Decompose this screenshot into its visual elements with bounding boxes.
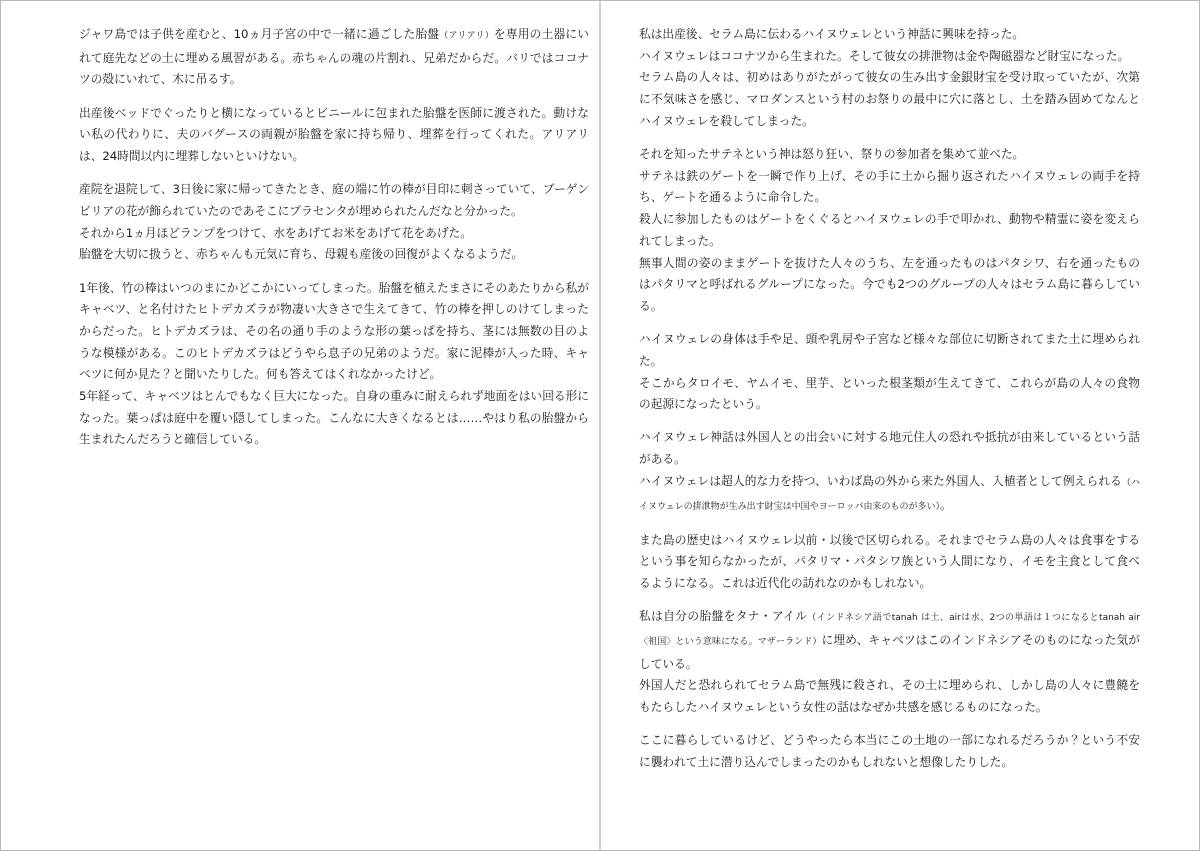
text-run: ハイヌウェレ神話は外国人との出会いに対する地元住人の恐れや抵抗が由来しているとい… xyxy=(639,430,1140,466)
paragraph: 1年後、竹の棒はいつのまにかどこかにいってしまった。胎盤を植えたまさにそのあたり… xyxy=(79,278,589,452)
paragraph: それを知ったサテネという神は怒り狂い、祭りの参加者を集めて並べた。サテネは鉄のゲ… xyxy=(639,144,1140,318)
text-run: ハイヌウェレは超人的な力を持つ、いわば島の外から来た外国人、入植者として例えられ… xyxy=(639,474,1122,488)
paragraph: ジャワ島では子供を産むと、10ヵ月子宮の中で一緒に過ごした胎盤（アリアリ）を専用… xyxy=(79,24,589,91)
text-run: それから1ヵ月ほどランプをつけて、水をあげてお米をあげて花をあげた。 xyxy=(79,226,472,240)
text-run: 私は出産後、セラム島に伝わるハイヌウェレという神話に興味を持った。 xyxy=(639,27,1024,41)
page-right: 私は出産後、セラム島に伝わるハイヌウェレという神話に興味を持った。ハイヌウェレは… xyxy=(601,1,1199,850)
text-run: ハイヌウェレはココナツから生まれた。そして彼女の排泄物は金や陶磁器など財宝になっ… xyxy=(639,49,1129,63)
text-run: また島の歴史はハイヌウェレ以前・以後で区切られる。それまでセラム島の人々は食事を… xyxy=(639,533,1140,590)
text-run: 。 xyxy=(940,498,952,512)
text-run: ハイヌウェレの身体は手や足、頭や乳房や子宮など様々な部位に切断されてまた土に埋め… xyxy=(639,332,1140,368)
text-run: 産院を退院して、3日後に家に帰ってきたとき、庭の端に竹の棒が目印に刺さっていて、… xyxy=(79,182,589,218)
paragraph: 私は自分の胎盤をタナ・アイル（インドネシア語でtanah は土、airは水、2つ… xyxy=(639,606,1140,719)
text-run: サテネは鉄のゲートを一瞬で作り上げ、その手に土から掘り返されたハイヌウェレの両手… xyxy=(639,169,1140,205)
paragraph: 私は出産後、セラム島に伝わるハイヌウェレという神話に興味を持った。ハイヌウェレは… xyxy=(639,24,1140,133)
text-run: 1年後、竹の棒はいつのまにかどこかにいってしまった。胎盤を植えたまさにそのあたり… xyxy=(79,281,589,382)
text-run-small: （アリアリ） xyxy=(439,31,494,41)
text-run: ジャワ島では子供を産むと、10ヵ月子宮の中で一緒に過ごした胎盤 xyxy=(79,27,439,41)
text-run: それを知ったサテネという神は怒り狂い、祭りの参加者を集めて並べた。 xyxy=(639,147,1024,161)
paragraph: ハイヌウェレの身体は手や足、頭や乳房や子宮など様々な部位に切断されてまた土に埋め… xyxy=(639,329,1140,416)
page-right-content: 私は出産後、セラム島に伝わるハイヌウェレという神話に興味を持った。ハイヌウェレは… xyxy=(639,24,1140,774)
text-run: 出産後ベッドでぐったりと横になっているとビニールに包まれた胎盤を医師に渡された。… xyxy=(79,106,589,163)
text-run: 胎盤を大切に扱うと、赤ちゃんも元気に育ち、母親も産後の回復がよくなるようだ。 xyxy=(79,247,523,261)
text-run: 無事人間の姿のままゲートを抜けた人々のうち、左を通ったものはパタシワ、右を通った… xyxy=(639,256,1140,313)
paragraph: ハイヌウェレ神話は外国人との出会いに対する地元住人の恐れや抵抗が由来しているとい… xyxy=(639,427,1140,518)
text-run: 殺人に参加したものはゲートをくぐるとハイヌウェレの手で叩かれ、動物や精霊に姿を変… xyxy=(639,212,1140,248)
text-run: 5年経って、キャベツはとんでもなく巨大になった。自身の重みに耐えられず地面をはい… xyxy=(79,389,589,446)
text-run: 私は自分の胎盤をタナ・アイル xyxy=(639,609,807,623)
paragraph: 出産後ベッドでぐったりと横になっているとビニールに包まれた胎盤を医師に渡された。… xyxy=(79,103,589,168)
paragraph: また島の歴史はハイヌウェレ以前・以後で区切られる。それまでセラム島の人々は食事を… xyxy=(639,530,1140,595)
text-run: セラム島の人々は、初めはありがたがって彼女の生み出す金銀財宝を受け取っていたが、… xyxy=(639,70,1140,127)
text-run: 外国人だと恐れられてセラム島で無残に殺され、その土に埋められ、しかし島の人々に豊… xyxy=(639,678,1140,714)
document-spread: ジャワ島では子供を産むと、10ヵ月子宮の中で一緒に過ごした胎盤（アリアリ）を専用… xyxy=(0,0,1200,851)
text-run: ここに暮らしているけど、どうやったら本当にこの土地の一部になれるだろうか？という… xyxy=(639,733,1140,769)
text-run: そこからタロイモ、ヤムイモ、里芋、といった根茎類が生えてきて、これらが島の人々の… xyxy=(639,376,1140,412)
paragraph: ここに暮らしているけど、どうやったら本当にこの土地の一部になれるだろうか？という… xyxy=(639,730,1140,773)
paragraph: 産院を退院して、3日後に家に帰ってきたとき、庭の端に竹の棒が目印に刺さっていて、… xyxy=(79,179,589,266)
page-left-content: ジャワ島では子供を産むと、10ヵ月子宮の中で一緒に過ごした胎盤（アリアリ）を専用… xyxy=(79,24,589,451)
page-left: ジャワ島では子供を産むと、10ヵ月子宮の中で一緒に過ごした胎盤（アリアリ）を専用… xyxy=(1,1,600,850)
